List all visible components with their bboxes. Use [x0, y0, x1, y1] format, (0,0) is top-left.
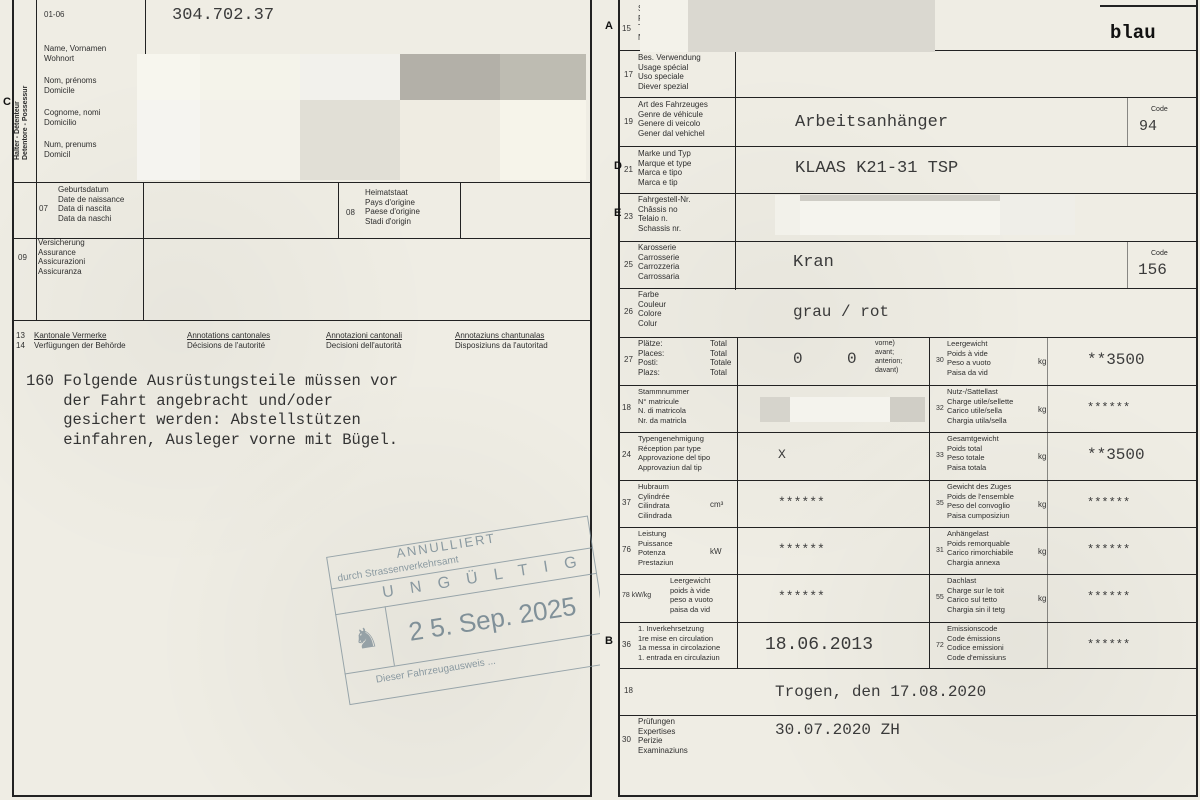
- weight-value: ******: [1087, 543, 1130, 557]
- field-01-06-value: 304.702.37: [172, 6, 274, 25]
- annotations-col-it: Annotazioni cantonaliDecisioni dell'auto…: [326, 331, 402, 350]
- color-value: grau / rot: [793, 303, 889, 321]
- weight-value: **3500: [1087, 351, 1145, 369]
- annotations-codes: 1314: [16, 331, 25, 350]
- weight-value: ******: [1087, 590, 1130, 604]
- technical-value: ******: [778, 495, 825, 510]
- technical-value: ******: [778, 542, 825, 557]
- plate-redaction: [685, 0, 935, 52]
- field-09-code: 09: [18, 253, 27, 262]
- vehicle-type-code: 94: [1139, 118, 1157, 135]
- holder-label-it: Cognome, nomiDomicilio: [44, 108, 100, 127]
- lion-crest-icon: ♞: [351, 620, 381, 657]
- holder-label-rm: Num, prenumsDomicil: [44, 140, 96, 159]
- weight-value: ******: [1087, 401, 1130, 415]
- chassis-redaction: [775, 195, 800, 235]
- issue-value: Trogen, den 17.08.2020: [775, 683, 986, 701]
- weight-value: ******: [1087, 638, 1130, 652]
- annotations-col-fr: Annotations cantonalesDécisions de l'aut…: [187, 331, 270, 350]
- weight-value: **3500: [1087, 446, 1145, 464]
- section-letter: B: [605, 635, 613, 647]
- invalidation-stamp: ANNULLIERT durch Strassenverkehrsamt U N…: [321, 485, 618, 720]
- technical-value: ******: [778, 589, 825, 604]
- annotation-text: 160 Folgende Ausrüstungsteile müssen vor…: [26, 372, 398, 450]
- seats-front-value: 0: [847, 350, 857, 368]
- field-08-labels: HeimatstaatPays d'originePaese d'origine…: [365, 188, 420, 226]
- field-07-labels: GeburtsdatumDate de naissanceData di nas…: [58, 185, 124, 223]
- field-01-06-code: 01-06: [44, 10, 64, 19]
- weight-value: ******: [1087, 496, 1130, 510]
- field-07-code: 07: [39, 204, 48, 213]
- body-code: 156: [1138, 261, 1167, 279]
- field-09-labels: VersicherungAssuranceAssicurazioniAssicu…: [38, 238, 85, 276]
- inspections-value: 30.07.2020 ZH: [775, 721, 900, 739]
- annotations-col-rm: Annotaziuns chantunalasDisposiziuns da l…: [455, 331, 548, 350]
- right-page: blau A 15 SchildPlaqueTargaNumer 17 Bes.…: [600, 0, 1200, 800]
- seats-total-value: 0: [793, 350, 803, 368]
- technical-value: X: [778, 447, 786, 462]
- section-letter-c: C: [3, 96, 11, 108]
- color-tag: blau: [1110, 22, 1156, 44]
- make-model-value: KLAAS K21-31 TSP: [795, 159, 958, 178]
- holder-side-label: Halter - Détenteur Detentore - Possessur: [14, 30, 30, 160]
- field-08-code: 08: [346, 208, 355, 217]
- holder-label-fr: Nom, prénomsDomicile: [44, 76, 96, 95]
- vehicle-type-value: Arbeitsanhänger: [795, 113, 948, 132]
- annotations-col-de: Kantonale VermerkeVerfügungen der Behörd…: [34, 331, 126, 350]
- holder-label-de: Name, VornamenWohnort: [44, 44, 106, 63]
- body-value: Kran: [793, 253, 834, 272]
- left-page: 01-06 304.702.37 C Halter - Détenteur De…: [0, 0, 600, 800]
- technical-value: 18.06.2013: [765, 635, 873, 655]
